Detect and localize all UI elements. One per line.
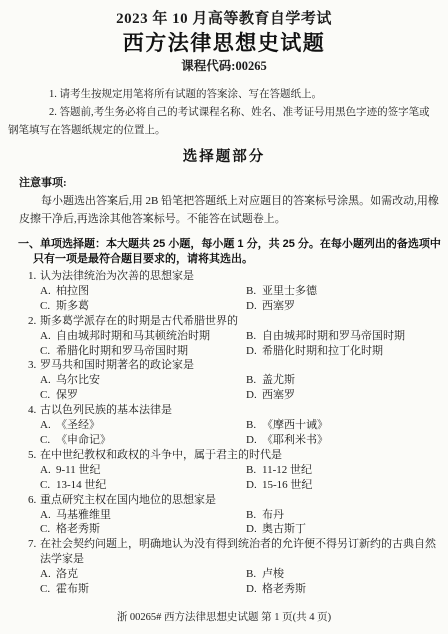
option-c: C.13-14 世纪 <box>40 478 246 493</box>
question-1: 1. 认为法律统治为次善的思想家是 A.柏拉图 B.亚里士多德 C.斯多葛 D.… <box>6 269 442 314</box>
option-d: D.西塞罗 <box>246 388 442 403</box>
option-label: C. <box>40 522 56 537</box>
option-text: 《摩西十诫》 <box>262 419 328 431</box>
candidate-notice-1: 1. 请考生按规定用笔将所有试题的答案涂、写在答题纸上。 <box>8 86 440 104</box>
section-heading: 选择题部分 <box>6 148 442 166</box>
page-footer: 浙 00265# 西方法律思想史试题 第 1 页(共 4 页) <box>0 609 448 624</box>
option-label: C. <box>40 582 56 597</box>
option-text: 《耶利米书》 <box>262 434 328 446</box>
option-d: D.15-16 世纪 <box>246 478 442 493</box>
option-text: 《申命记》 <box>56 434 111 446</box>
option-text: 乌尔比安 <box>56 374 100 386</box>
part-one-heading: 一、单项选择题：本大题共 25 小题，每小题 1 分，共 25 分。在每小题列出… <box>18 237 442 267</box>
option-label: D. <box>246 388 262 403</box>
option-c: C.保罗 <box>40 388 246 403</box>
option-label: D. <box>246 582 262 597</box>
question-1-options: A.柏拉图 B.亚里士多德 C.斯多葛 D.西塞罗 <box>6 284 442 314</box>
question-4-options: A.《圣经》 B.《摩西十诫》 C.《申命记》 D.《耶利米书》 <box>6 418 442 448</box>
option-label: C. <box>40 433 56 448</box>
question-7-stem-row: 7. 在社会契约问题上，明确地认为没有得到统治者的允许便不得另订新约的古典自然法… <box>6 537 442 567</box>
question-stem: 斯多葛学派存在的时期是古代希腊世界的 <box>40 315 238 327</box>
option-text: 15-16 世纪 <box>262 479 312 491</box>
question-number: 6. <box>28 493 36 508</box>
course-code-line: 课程代码:00265 <box>6 58 442 74</box>
option-b: B.卢梭 <box>246 567 442 582</box>
exam-paper-page: 2023 年 10 月高等教育自学考试 西方法律思想史试题 课程代码:00265… <box>0 0 448 634</box>
question-number: 2. <box>28 314 36 329</box>
option-a: A.《圣经》 <box>40 418 246 433</box>
option-label: C. <box>40 388 56 403</box>
question-3-stem-row: 3. 罗马共和国时期著名的政论家是 <box>6 358 442 373</box>
option-label: D. <box>246 299 262 314</box>
attention-label: 注意事项: <box>19 175 442 191</box>
question-number: 4. <box>28 403 36 418</box>
option-label: D. <box>246 344 262 359</box>
option-a: A.洛克 <box>40 567 246 582</box>
question-number: 5. <box>28 448 36 463</box>
option-text: 布丹 <box>262 509 284 521</box>
option-b: B.《摩西十诫》 <box>246 418 442 433</box>
question-1-stem-row: 1. 认为法律统治为次善的思想家是 <box>6 269 442 284</box>
option-text: 斯多葛 <box>56 300 89 312</box>
question-3: 3. 罗马共和国时期著名的政论家是 A.乌尔比安 B.盖尤斯 C.保罗 D.西塞… <box>6 358 442 403</box>
question-list: 1. 认为法律统治为次善的思想家是 A.柏拉图 B.亚里士多德 C.斯多葛 D.… <box>6 269 442 597</box>
option-label: A. <box>40 463 56 478</box>
option-text: 卢梭 <box>262 568 284 580</box>
question-4: 4. 古以色列民族的基本法律是 A.《圣经》 B.《摩西十诫》 C.《申命记》 … <box>6 403 442 448</box>
option-text: 自由城邦时期和罗马帝国时期 <box>262 330 405 342</box>
option-text: 希腊化时期和罗马帝国时期 <box>56 345 188 357</box>
question-7-options: A.洛克 B.卢梭 C.霍布斯 D.格老秀斯 <box>6 567 442 597</box>
question-stem: 在社会契约问题上，明确地认为没有得到统治者的允许便不得另订新约的古典自然法学家是 <box>40 538 436 565</box>
option-text: 《圣经》 <box>56 419 100 431</box>
option-label: B. <box>246 567 262 582</box>
option-b: B.自由城邦时期和罗马帝国时期 <box>246 329 442 344</box>
question-2-stem-row: 2. 斯多葛学派存在的时期是古代希腊世界的 <box>6 314 442 329</box>
option-text: 柏拉图 <box>56 285 89 297</box>
option-label: B. <box>246 329 262 344</box>
question-stem: 重点研究主权在国内地位的思想家是 <box>40 494 216 506</box>
option-text: 西塞罗 <box>262 389 295 401</box>
option-text: 西塞罗 <box>262 300 295 312</box>
question-number: 1. <box>28 269 36 284</box>
option-text: 马基雅维里 <box>56 509 111 521</box>
option-label: C. <box>40 478 56 493</box>
question-5-stem-row: 5. 在中世纪教权和政权的斗争中，属于君主的时代是 <box>6 448 442 463</box>
option-text: 格老秀斯 <box>262 583 306 595</box>
option-label: A. <box>40 329 56 344</box>
option-text: 13-14 世纪 <box>56 479 106 491</box>
question-stem: 罗马共和国时期著名的政论家是 <box>40 359 194 371</box>
option-b: B.布丹 <box>246 508 442 523</box>
option-d: D.西塞罗 <box>246 299 442 314</box>
question-7: 7. 在社会契约问题上，明确地认为没有得到统治者的允许便不得另订新约的古典自然法… <box>6 537 442 597</box>
question-stem: 认为法律统治为次善的思想家是 <box>40 270 194 282</box>
option-label: C. <box>40 344 56 359</box>
option-text: 保罗 <box>56 389 78 401</box>
question-6: 6. 重点研究主权在国内地位的思想家是 A.马基雅维里 B.布丹 C.格老秀斯 … <box>6 493 442 538</box>
option-text: 11-12 世纪 <box>262 464 312 476</box>
option-a: A.9-11 世纪 <box>40 463 246 478</box>
question-number: 7. <box>28 537 36 552</box>
option-label: D. <box>246 433 262 448</box>
option-label: B. <box>246 284 262 299</box>
question-2: 2. 斯多葛学派存在的时期是古代希腊世界的 A.自由城邦时期和马其顿统治时期 B… <box>6 314 442 359</box>
question-number: 3. <box>28 358 36 373</box>
option-label: B. <box>246 508 262 523</box>
option-c: C.格老秀斯 <box>40 522 246 537</box>
option-d: D.希腊化时期和拉丁化时期 <box>246 344 442 359</box>
option-label: A. <box>40 284 56 299</box>
option-text: 9-11 世纪 <box>56 464 101 476</box>
option-d: D.奥古斯丁 <box>246 522 442 537</box>
option-a: A.柏拉图 <box>40 284 246 299</box>
option-label: B. <box>246 463 262 478</box>
question-stem: 在中世纪教权和政权的斗争中，属于君主的时代是 <box>40 449 282 461</box>
option-label: B. <box>246 373 262 388</box>
option-text: 奥古斯丁 <box>262 523 306 535</box>
option-c: C.斯多葛 <box>40 299 246 314</box>
option-label: A. <box>40 373 56 388</box>
option-label: B. <box>246 418 262 433</box>
question-5: 5. 在中世纪教权和政权的斗争中，属于君主的时代是 A.9-11 世纪 B.11… <box>6 448 442 493</box>
option-text: 希腊化时期和拉丁化时期 <box>262 345 383 357</box>
option-text: 亚里士多德 <box>262 285 317 297</box>
option-label: A. <box>40 508 56 523</box>
candidate-notices: 1. 请考生按规定用笔将所有试题的答案涂、写在答题纸上。 2. 答题前,考生务必… <box>6 86 442 140</box>
option-b: B.11-12 世纪 <box>246 463 442 478</box>
option-text: 霍布斯 <box>56 583 89 595</box>
exam-session-line: 2023 年 10 月高等教育自学考试 <box>6 10 442 29</box>
option-text: 自由城邦时期和马其顿统治时期 <box>56 330 210 342</box>
option-d: D.《耶利米书》 <box>246 433 442 448</box>
exam-title: 西方法律思想史试题 <box>6 32 442 56</box>
question-stem: 古以色列民族的基本法律是 <box>40 404 172 416</box>
option-a: A.马基雅维里 <box>40 508 246 523</box>
option-c: C.《申命记》 <box>40 433 246 448</box>
question-6-stem-row: 6. 重点研究主权在国内地位的思想家是 <box>6 493 442 508</box>
option-b: B.亚里士多德 <box>246 284 442 299</box>
option-b: B.盖尤斯 <box>246 373 442 388</box>
attention-text: 每小题选出答案后,用 2B 铅笔把答题纸上对应题目的答案标号涂黑。如需改动,用橡… <box>19 192 440 228</box>
question-4-stem-row: 4. 古以色列民族的基本法律是 <box>6 403 442 418</box>
option-label: A. <box>40 567 56 582</box>
option-a: A.自由城邦时期和马其顿统治时期 <box>40 329 246 344</box>
question-2-options: A.自由城邦时期和马其顿统治时期 B.自由城邦时期和罗马帝国时期 C.希腊化时期… <box>6 329 442 359</box>
option-d: D.格老秀斯 <box>246 582 442 597</box>
option-a: A.乌尔比安 <box>40 373 246 388</box>
option-label: C. <box>40 299 56 314</box>
candidate-notice-2: 2. 答题前,考生务必将自己的考试课程名称、姓名、准考证号用黑色字迹的签字笔或钢… <box>8 104 440 140</box>
option-label: D. <box>246 478 262 493</box>
question-3-options: A.乌尔比安 B.盖尤斯 C.保罗 D.西塞罗 <box>6 373 442 403</box>
option-text: 洛克 <box>56 568 78 580</box>
option-text: 格老秀斯 <box>56 523 100 535</box>
question-5-options: A.9-11 世纪 B.11-12 世纪 C.13-14 世纪 D.15-16 … <box>6 463 442 493</box>
option-label: D. <box>246 522 262 537</box>
option-c: C.霍布斯 <box>40 582 246 597</box>
question-6-options: A.马基雅维里 B.布丹 C.格老秀斯 D.奥古斯丁 <box>6 508 442 538</box>
option-c: C.希腊化时期和罗马帝国时期 <box>40 344 246 359</box>
option-label: A. <box>40 418 56 433</box>
option-text: 盖尤斯 <box>262 374 295 386</box>
